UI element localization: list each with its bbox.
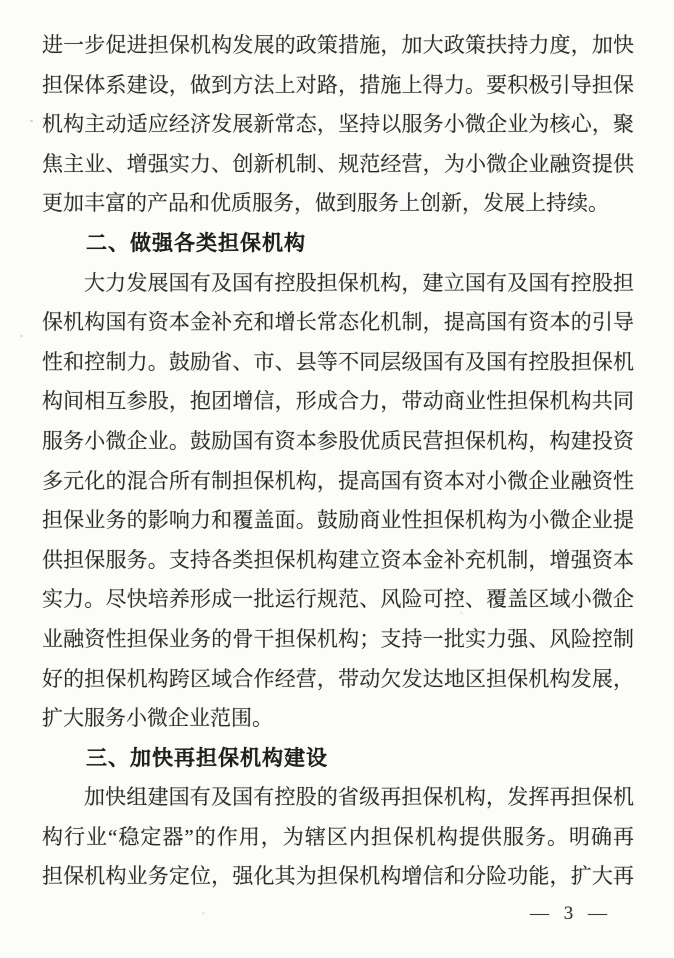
body-text-line: 性和控制力。鼓励省、市、县等不同层级国有及国有控股担保机 <box>42 343 634 383</box>
body-text-line: 供担保服务。支持各类担保机构建立资本金补充机制，增强资本 <box>42 541 634 581</box>
body-text-line: 焦主业、增强实力、创新机制、规范经营，为小微企业融资提供 <box>42 145 634 185</box>
body-text-line: 加快组建国有及国有控股的省级再担保机构，发挥再担保机 <box>42 778 634 818</box>
section-heading: 二、做强各类担保机构 <box>42 224 634 264</box>
body-text-line: 保机构国有资本金补充和增长常态化机制，提高国有资本的引导 <box>42 303 634 343</box>
section-heading: 三、加快再担保机构建设 <box>42 739 634 779</box>
body-text-line: 服务小微企业。鼓励国有资本参股优质民营担保机构，构建投资 <box>42 422 634 462</box>
body-text-line: 进一步促进担保机构发展的政策措施，加大政策扶持力度，加快 <box>42 26 634 66</box>
body-text-line: 业融资性担保业务的骨干担保机构；支持一批实力强、风险控制 <box>42 620 634 660</box>
body-text-line: 多元化的混合所有制担保机构，提高国有资本对小微企业融资性 <box>42 462 634 502</box>
body-text-line: 更加丰富的产品和优质服务，做到服务上创新，发展上持续。 <box>42 184 634 224</box>
body-text-line: 扩大服务小微企业范围。 <box>42 699 634 739</box>
body-text-line: 构间相互参股，抱团增信，形成合力，带动商业性担保机构共同 <box>42 382 634 422</box>
body-text-line: 机构主动适应经济发展新常态，坚持以服务小微企业为核心，聚 <box>42 105 634 145</box>
document-page: 进一步促进担保机构发展的政策措施，加大政策扶持力度，加快担保体系建设，做到方法上… <box>0 0 674 958</box>
page-number: — 3 — <box>530 903 612 925</box>
document-body: 进一步促进担保机构发展的政策措施，加大政策扶持力度，加快担保体系建设，做到方法上… <box>42 26 634 897</box>
body-text-line: 大力发展国有及国有控股担保机构，建立国有及国有控股担 <box>42 264 634 304</box>
body-text-line: 构行业“稳定器”的作用，为辖区内担保机构提供服务。明确再 <box>42 818 634 858</box>
body-text-line: 担保机构业务定位，强化其为担保机构增信和分险功能，扩大再 <box>42 857 634 897</box>
body-text-line: 实力。尽快培养形成一批运行规范、风险可控、覆盖区域小微企 <box>42 580 634 620</box>
body-text-line: 担保体系建设，做到方法上对路，措施上得力。要积极引导担保 <box>42 66 634 106</box>
body-text-line: 担保业务的影响力和覆盖面。鼓励商业性担保机构为小微企业提 <box>42 501 634 541</box>
body-text-line: 好的担保机构跨区域合作经营，带动欠发达地区担保机构发展， <box>42 660 634 700</box>
